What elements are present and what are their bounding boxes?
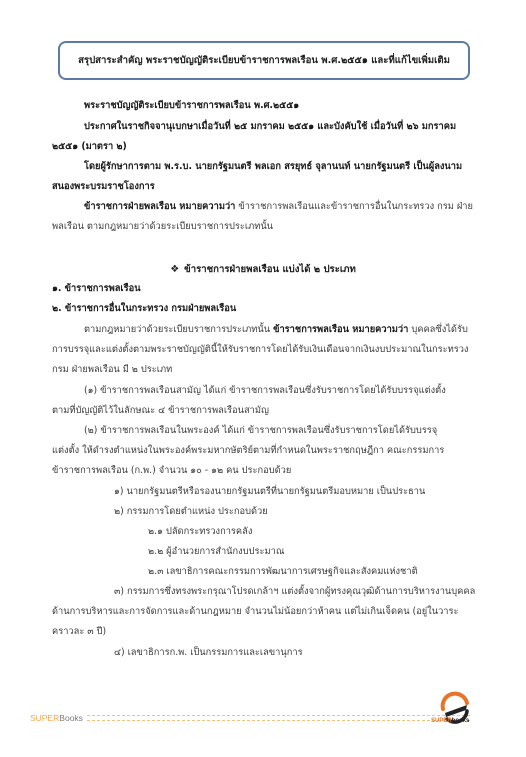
committee-member-3-line-3: คราวละ ๓ ปี) [52, 626, 106, 638]
committee-member-2: ๒) กรรมการโดยตำแหน่ง ประกอบด้วย [114, 506, 268, 518]
civil-servant-line-2: การบรรจุและแต่งตั้งตามพระราชบัญญัตินี้ให… [52, 344, 468, 356]
act-name: พระราชบัญญัติระเบียบข้าราชการพลเรือน พ.ศ… [84, 100, 299, 112]
document-page: สรุปสาระสำคัญ พระราชบัญญัติระเบียบข้าราช… [0, 0, 526, 757]
definition-term: ข้าราชการฝ่ายพลเรือน หมายความว่า [84, 201, 235, 212]
civil-servant-line-3: กรม ฝ่ายพลเรือน มี ๒ ประเภท [52, 364, 172, 376]
committee-member-3-line-2: ด้านการบริหารและการจัดการและด้านกฎหมาย จ… [52, 606, 459, 618]
item-2-line-3: ข้าราชการพลเรือน (ก.พ.) จำนวน ๑๐ - ๑๒ คน… [52, 465, 291, 477]
logo-wordmark: SUPERbooks [431, 718, 469, 724]
announcement-line-1: ประกาศในราชกิจจานุเบกษาเมื่อวันที่ ๒๕ มก… [84, 121, 456, 133]
definition-line-2: พลเรือน ตามกฎหมายว่าด้วยระเบียบราชการประ… [52, 221, 273, 233]
type-item-2: ๒. ข้าราชการอื่นในกระทรวง กรมฝ่ายพลเรือน [52, 303, 236, 315]
item-2-line-1: (๒) ข้าราชการพลเรือนในพระองค์ ได้แก่ ข้า… [84, 425, 437, 437]
type-item-1: ๑. ข้าราชการพลเรือน [52, 283, 141, 295]
committee-sub-member-1: ๒.๑ ปลัดกระทรวงการคลัง [148, 526, 252, 538]
committee-sub-member-2: ๒.๒ ผู้อำนวยการสำนักงบประมาณ [148, 546, 284, 558]
section-heading-text: ข้าราชการฝ่ายพลเรือน แบ่งได้ ๒ ประเภท [184, 264, 356, 275]
definition-text: ข้าราชการพลเรือนและข้าราชการอื่นในกระทรว… [235, 201, 473, 212]
signatory-line-1: โดยผู้รักษาการตาม พ.ร.บ. นายกรัฐมนตรี พล… [84, 161, 462, 173]
committee-sub-member-3: ๒.๓ เลขาธิการคณะกรรมการพัฒนาการเศรษฐกิจแ… [148, 566, 418, 578]
item-1-line-2: ตามที่บัญญัติไว้ในลักษณะ ๔ ข้าราชการพลเร… [52, 405, 269, 417]
diamond-bullet-icon: ❖ [170, 264, 179, 275]
footer-brand-super: SUPER [30, 713, 59, 723]
footer-divider [87, 715, 470, 721]
definition-line-1: ข้าราชการฝ่ายพลเรือน หมายความว่า ข้าราชก… [84, 201, 473, 213]
footer-brand-books: Books [59, 713, 83, 723]
document-title: สรุปสาระสำคัญ พระราชบัญญัติระเบียบข้าราช… [78, 53, 450, 68]
civil-servant-term: ข้าราชการพลเรือน หมายความว่า [273, 324, 408, 335]
announcement-line-2: ๒๕๕๑ (มาตรา ๒) [52, 141, 127, 153]
title-box: สรุปสาระสำคัญ พระราชบัญญัติระเบียบข้าราช… [58, 41, 470, 80]
item-2-line-2: แต่งตั้ง ให้ดำรงตำแหน่งในพระองค์พระมหากษ… [52, 445, 444, 457]
section-heading: ❖ข้าราชการฝ่ายพลเรือน แบ่งได้ ๒ ประเภท [0, 262, 526, 277]
committee-member-3-line-1: ๓) กรรมการซึ่งทรงพระกรุณาโปรดเกล้าฯ แต่ง… [114, 586, 475, 598]
committee-member-4: ๔) เลขาธิการก.พ. เป็นกรรมการและเลขานุการ [114, 647, 303, 659]
civil-servant-line-1: ตามกฎหมายว่าด้วยระเบียบราชการประเภทนั้น … [84, 324, 468, 336]
footer-bar: SUPERBooks [30, 711, 470, 725]
item-1-line-1: (๑) ข้าราชการพลเรือนสามัญ ได้แก่ ข้าราชก… [84, 385, 446, 397]
signatory-line-2: สนองพระบรมราชโองการ [52, 181, 155, 193]
committee-member-1: ๑) นายกรัฐมนตรีหรือรองนายกรัฐมนตรีที่นาย… [114, 486, 425, 498]
